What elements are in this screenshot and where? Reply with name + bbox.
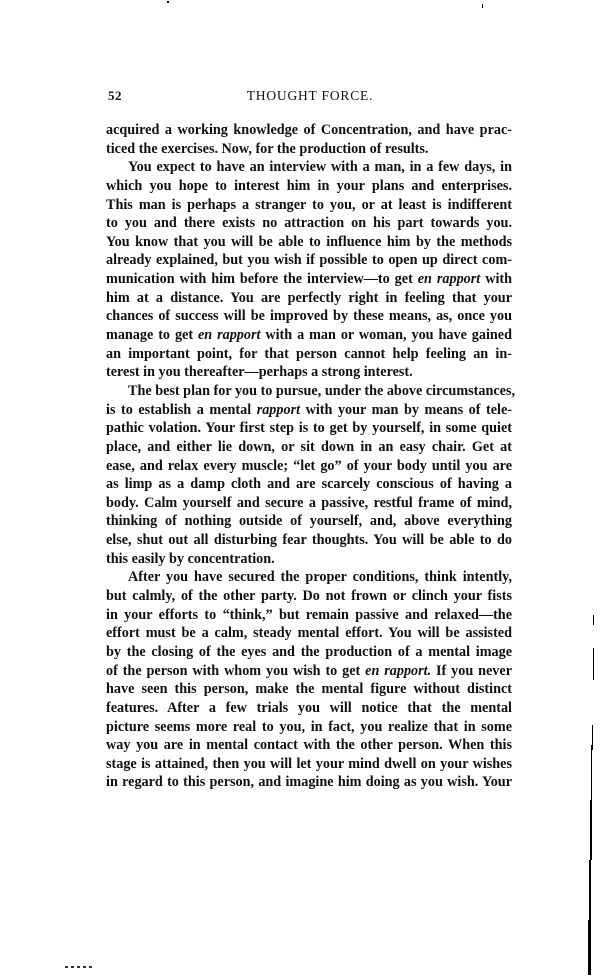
page-edge-line [591,745,592,800]
text-line: thinking of nothing outside of yourself,… [106,512,512,531]
text-line: munication with him before the interview… [106,270,512,289]
text-line: him at a distance. You are perfectly rig… [106,289,512,308]
text-line: effort must be a calm, steady mental eff… [106,624,512,643]
text-line: an important point, for that person cann… [106,345,512,364]
text-run: with your man by means of tele- [300,402,512,418]
scan-speck [482,4,483,8]
text-line: features. After a few trials you will no… [106,699,512,718]
paragraph-start-line: The best plan for you to pursue, under t… [106,382,512,401]
text-line: acquired a working knowledge of Concentr… [106,121,512,140]
text-run: manage to get [106,327,198,343]
text-line: in regard to this person, and imagine hi… [106,773,512,792]
text-line: as limp as a damp cloth and are scarcely… [106,475,512,494]
book-page: 52 THOUGHT FORCE. acquired a working kno… [0,0,600,978]
italic-phrase: en rapport. [365,663,431,679]
text-run: If you never [431,663,512,679]
page-edge-line [592,725,593,750]
text-line: stage is attained, then you will let you… [106,755,512,774]
text-line: by the closing of the eyes and the produ… [106,643,512,662]
text-line: to you and there exists no attraction on… [106,214,512,233]
text-run: with [480,271,512,287]
text-line: chances of success will be improved by t… [106,307,512,326]
text-line: this easily by concentration. [106,550,512,569]
paragraph-start-line: You expect to have an interview with a m… [106,158,512,177]
page-edge-line [593,648,594,680]
page-edge-line [590,800,592,860]
text-line: picture seems more real to you, in fact,… [106,718,512,737]
paragraph-start-line: After you have secured the proper condit… [106,568,512,587]
page-edge-line [589,860,591,920]
text-run: munication with him before the interview… [106,271,418,287]
italic-phrase: en rapport [418,271,481,287]
italic-phrase: rapport [257,402,300,418]
text-line: way you are in mental contact with the o… [106,736,512,755]
text-run: is to establish a mental [106,402,257,418]
text-line: pathic volation. Your first step is to g… [106,419,512,438]
text-run: with a man or woman, you have gained [260,327,512,343]
italic-phrase: en rapport [198,327,260,343]
text-line: ticed the exercises. Now, for the produc… [106,140,512,159]
text-line: This man is perhaps a stranger to you, o… [106,196,512,215]
scan-dots [65,966,95,968]
text-line: place, and either lie down, or sit down … [106,438,512,457]
running-head: 52 THOUGHT FORCE. [108,88,512,106]
text-run: of the person with whom you wish to get [106,663,365,679]
text-line: is to establish a mental rapport with yo… [106,401,512,420]
text-line: ease, and relax every muscle; “let go” o… [106,457,512,476]
page-edge-line [588,920,591,975]
text-line: which you hope to interest him in your p… [106,177,512,196]
body-text: acquired a working knowledge of Concentr… [106,121,512,792]
text-line: already explained, but you wish if possi… [106,251,512,270]
scan-speck [167,1,169,3]
text-line: body. Calm yourself and secure a passive… [106,494,512,513]
text-line: else, shut out all disturbing fear thoug… [106,531,512,550]
text-line: have seen this person, make the mental f… [106,680,512,699]
page-edge-line [593,615,594,625]
text-line: in your efforts to “think,” but remain p… [106,606,512,625]
text-line: of the person with whom you wish to get … [106,662,512,681]
text-line: but calmly, of the other party. Do not f… [106,587,512,606]
text-line: manage to get en rapport with a man or w… [106,326,512,345]
text-line: You know that you will be able to influe… [106,233,512,252]
running-title: THOUGHT FORCE. [108,88,512,104]
text-line: terest in you thereafter—perhaps a stron… [106,363,512,382]
